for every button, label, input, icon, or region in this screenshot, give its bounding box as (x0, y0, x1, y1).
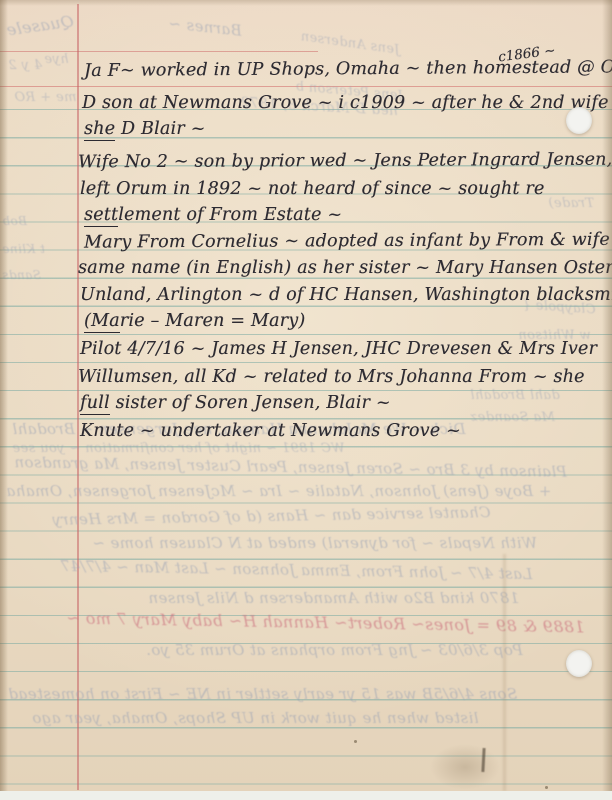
handwritten-line: Pilot 4/7/16 ~ James H Jensen, JHC Dreve… (80, 338, 597, 361)
bleed-fragment: dahl Brodahl (470, 388, 560, 403)
bleed-fragment: Trade) (548, 196, 594, 211)
handwritten-line: D son at Newmans Grove ~ i c1909 ~ after… (82, 92, 612, 115)
line-text: Knute ~ undertaker at Newmans Grove ~ (80, 421, 461, 441)
margin-line (77, 4, 79, 790)
underlined-word: she (84, 119, 115, 141)
underlined-word: sett (84, 205, 118, 227)
hole-punch-bottom (566, 650, 592, 677)
underlined-word: (Ma (84, 311, 120, 333)
bleed-fragment: t Kline (2, 242, 45, 256)
handwritten-line: left Orum in 1892 ~ not heard of since ~… (80, 178, 544, 201)
handwritten-line: Mary From Cornelius ~ adopted as infant … (84, 228, 612, 254)
paper-speck (354, 740, 357, 743)
scan-background-strip (0, 791, 612, 800)
scan-edge-right (602, 0, 612, 791)
bleed-line: Sons 4/6/5B was 15 yr early settler in N… (8, 685, 517, 703)
paper-crease (503, 554, 506, 791)
line-text: same name (in English) as her sister ~ M… (78, 258, 612, 278)
handwritten-line: settlement of From Estate ~ (84, 204, 342, 227)
handwritten-line: Knute ~ undertaker at Newmans Grove ~ (80, 420, 461, 443)
line-text: left Orum in 1892 ~ not heard of since ~… (80, 179, 544, 199)
line-text: Unland, Arlington ~ d of HC Hansen, Wash… (80, 285, 612, 305)
line-text: Mary From Cornelius ~ adopted as infant … (84, 229, 612, 252)
handwritten-line: same name (in English) as her sister ~ M… (78, 257, 612, 280)
underlined-word: full (80, 393, 110, 415)
line-text: sister of Soren Jensen, Blair ~ (110, 393, 391, 413)
line-text: D Blair ~ (115, 119, 205, 139)
bleed-line: listed when he quit work in UP Shops, Om… (32, 709, 479, 727)
scanned-note-page: Quasele Barnes ~ Jens Andersen hye 4 y 2… (0, 0, 612, 800)
scan-edge-top (0, 0, 612, 6)
bleed-fragment: 4 y 2 (8, 58, 42, 73)
hole-punch-top (566, 107, 592, 134)
bleed-line: Pop 3/6/03 ~ Jng From orphans at Orum 35… (146, 641, 523, 659)
handwritten-line: she D Blair ~ (84, 118, 205, 141)
line-text: D son at Newmans Grove ~ i c1909 ~ after… (82, 93, 612, 113)
handwritten-line: Wife No 2 ~ son by prior wed ~ Jens Pete… (78, 149, 612, 175)
bleed-fragment: hye (44, 52, 69, 67)
paper-speck (545, 786, 548, 789)
scan-edge-left (0, 0, 8, 791)
line-text: Pilot 4/7/16 ~ James H Jensen, JHC Dreve… (80, 339, 597, 359)
line-text: Willumsen, all Kd ~ related to Mrs Johan… (78, 367, 585, 387)
bleed-fragment: Ma Soandez (470, 410, 555, 425)
bleed-line: + Boye (Jens) Johnson, Natalie ~ Ira ~ M… (6, 482, 551, 500)
handwritten-line: Ja F~ worked in UP Shops, Omaha ~ then h… (84, 56, 612, 83)
handwritten-line: full sister of Soren Jensen, Blair ~ (80, 392, 391, 415)
handwritten-line: Willumsen, all Kd ~ related to Mrs Johan… (78, 366, 585, 389)
bleed-line: With Nepals ~ for dyneral) ended at N Cl… (92, 534, 537, 552)
bleed-fragment: me + RO (14, 90, 76, 105)
line-text: lement of From Estate ~ (118, 205, 342, 225)
ink-smudge (430, 744, 500, 790)
line-text: rie – Maren = Mary) (120, 311, 306, 331)
bleed-line: 1870 kind B2o with Amandersen d Nils Jen… (148, 589, 519, 607)
line-text: Wife No 2 ~ son by prior wed ~ Jens Pete… (78, 150, 612, 173)
handwritten-line: Unland, Arlington ~ d of HC Hansen, Wash… (80, 284, 612, 307)
handwritten-line: (Marie – Maren = Mary) (84, 310, 305, 333)
line-text: Ja F~ worked in UP Shops, Omaha ~ then h… (84, 57, 612, 81)
